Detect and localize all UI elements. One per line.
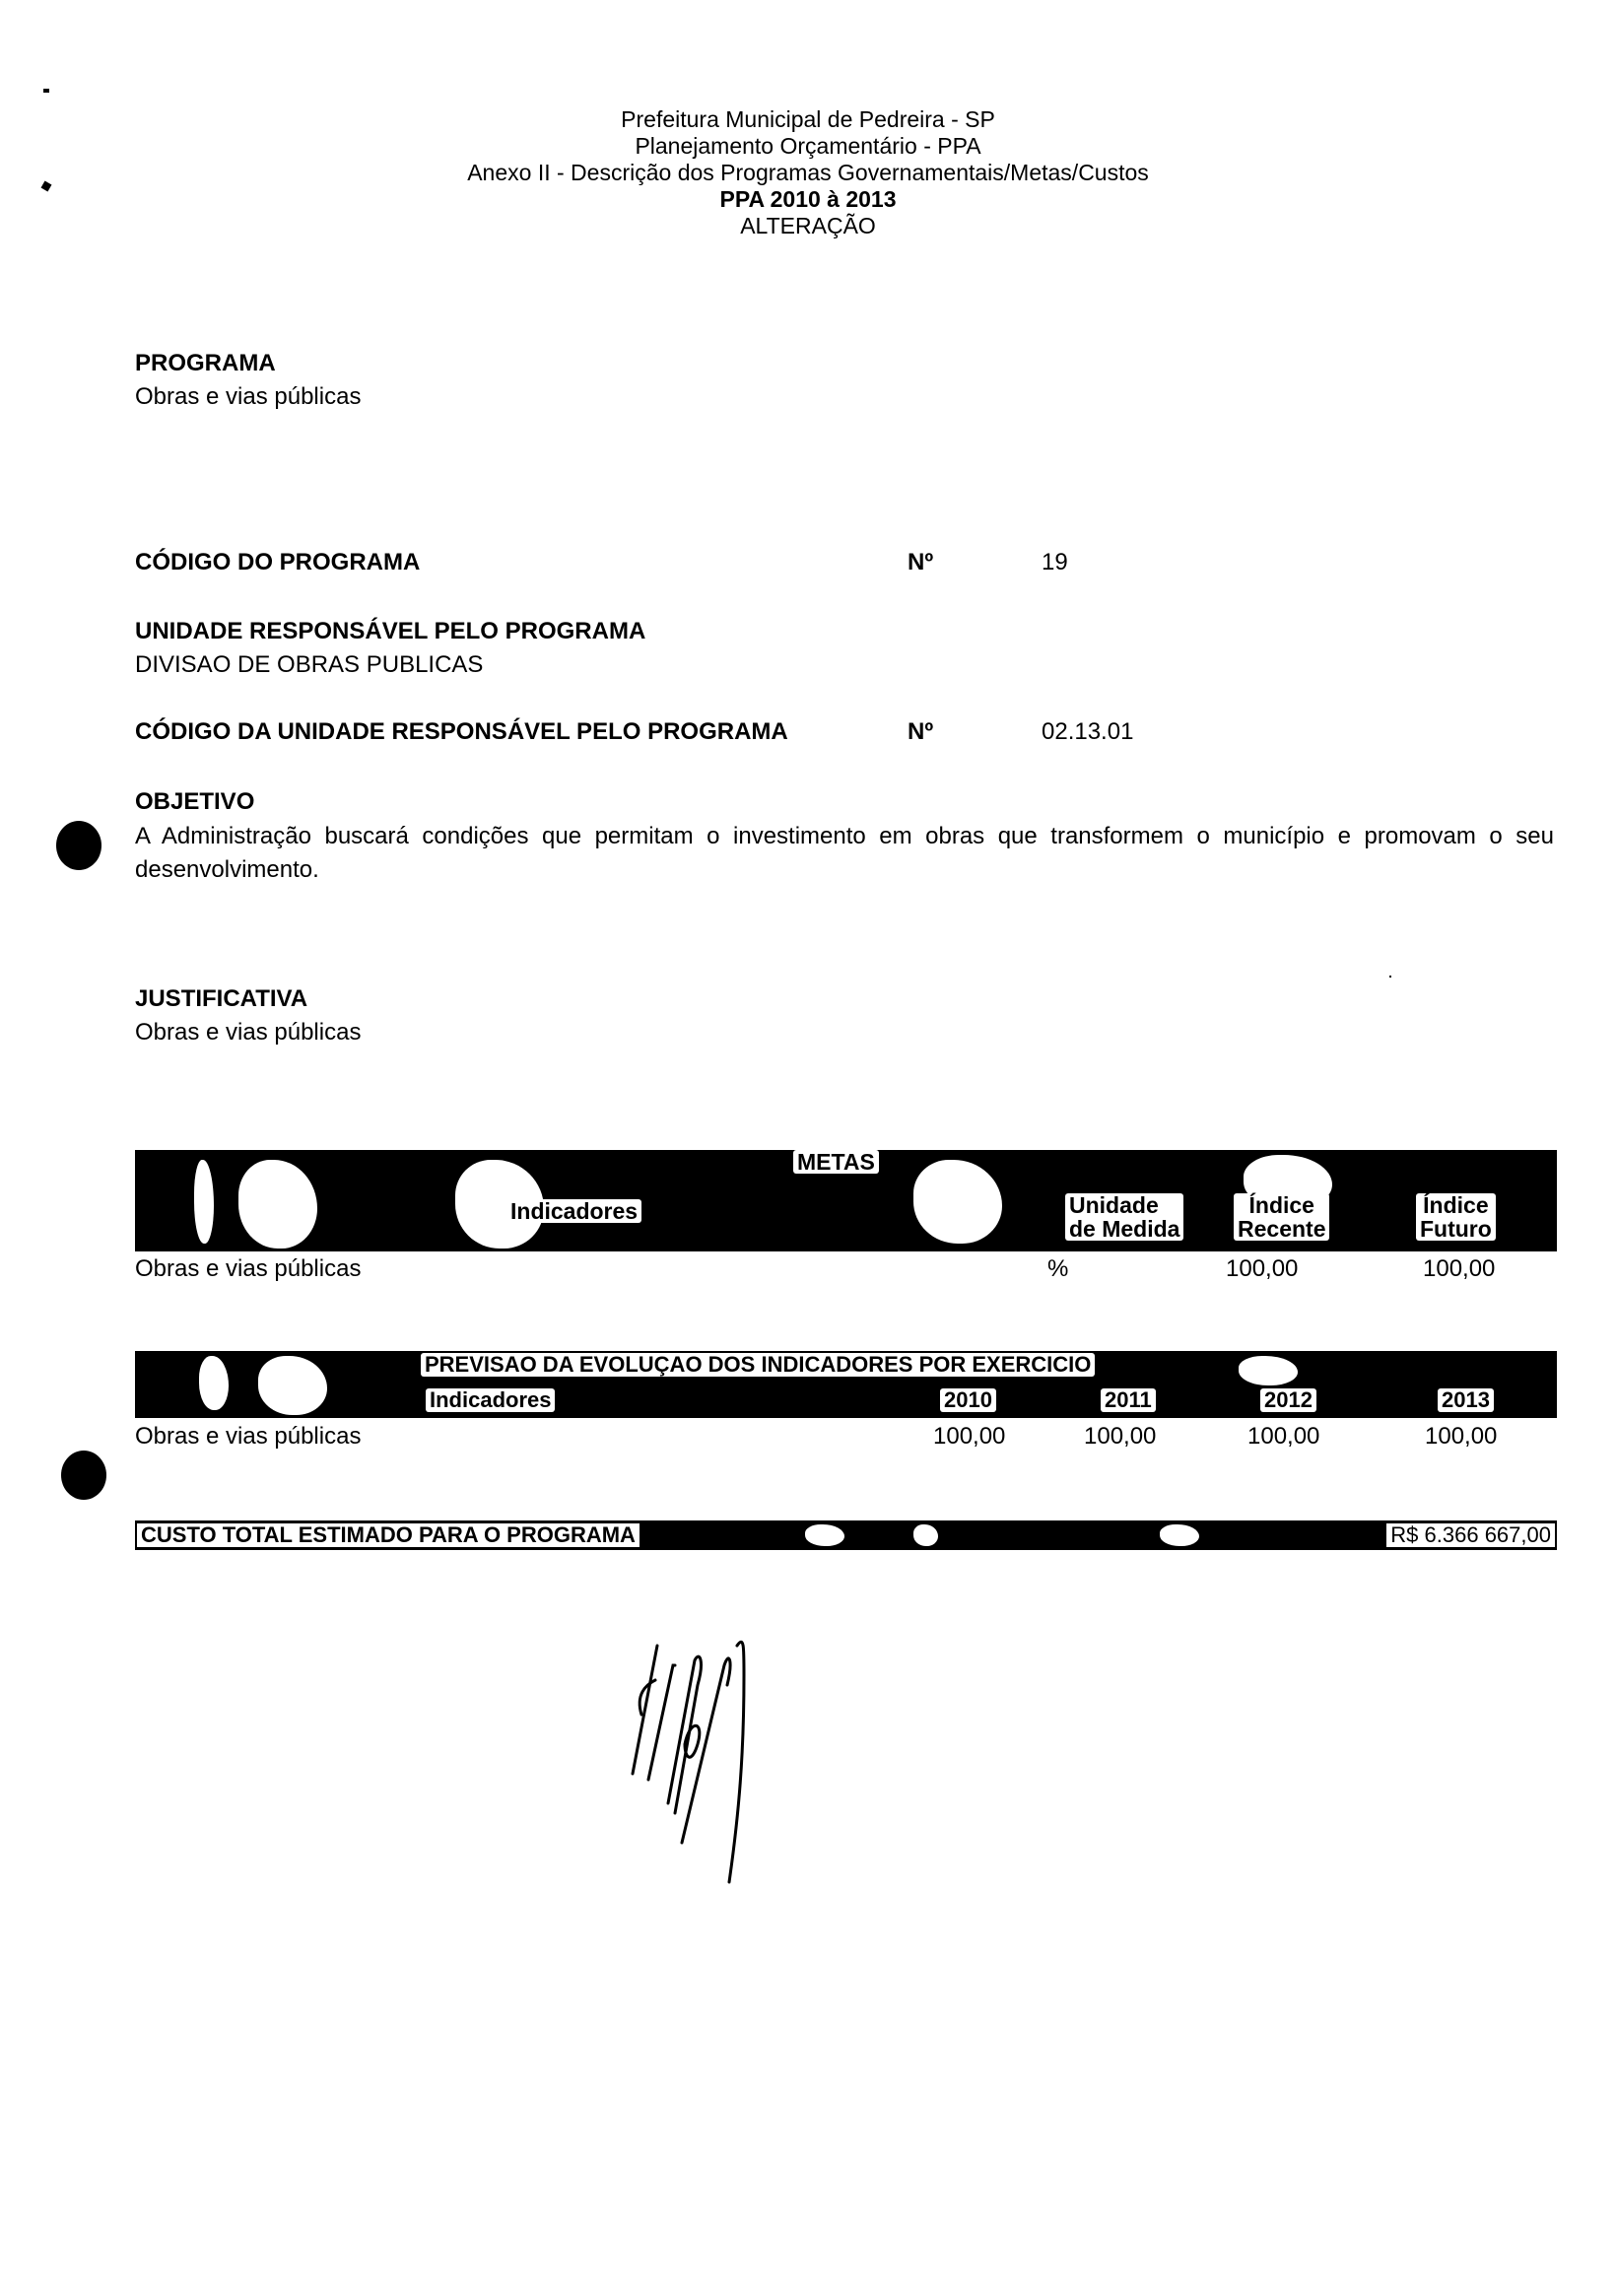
codigo-unidade-label: CÓDIGO DA UNIDADE RESPONSÁVEL PELO PROGR… <box>135 718 788 746</box>
codigo-programa-num-label: Nº <box>908 549 933 576</box>
ppa-period: PPA 2010 à 2013 <box>0 186 1616 213</box>
metas-row-recente: 100,00 <box>1226 1255 1298 1283</box>
metas-col-recente-line1: Índice <box>1238 1193 1325 1217</box>
handwritten-signature <box>631 1616 788 1892</box>
metas-col-futuro: Índice Futuro <box>1416 1193 1496 1241</box>
unidade-value: DIVISAO DE OBRAS PUBLICAS <box>135 651 483 679</box>
document-status: ALTERAÇÃO <box>0 213 1616 239</box>
scan-artifact <box>238 1160 317 1249</box>
metas-col-futuro-line1: Índice <box>1420 1193 1492 1217</box>
codigo-unidade-value: 02.13.01 <box>1042 718 1133 746</box>
previsao-col-2012: 2012 <box>1260 1388 1316 1412</box>
municipality-title: Prefeitura Municipal de Pedreira - SP <box>0 106 1616 133</box>
metas-col-unidade-line2: de Medida <box>1069 1217 1179 1241</box>
codigo-unidade-num-label: Nº <box>908 718 933 746</box>
punch-hole <box>56 821 101 870</box>
programa-value: Obras e vias públicas <box>135 383 361 411</box>
previsao-row-indicador: Obras e vias públicas <box>135 1423 361 1451</box>
previsao-col-2010: 2010 <box>940 1388 996 1412</box>
annex-title: Anexo II - Descrição dos Programas Gover… <box>0 160 1616 186</box>
objetivo-label: OBJETIVO <box>135 788 254 816</box>
scan-artifact <box>1160 1524 1199 1546</box>
metas-col-recente-line2: Recente <box>1238 1217 1325 1241</box>
previsao-header-band: PREVISAO DA EVOLUÇAO DOS INDICADORES POR… <box>135 1351 1557 1418</box>
previsao-row-2013: 100,00 <box>1425 1423 1497 1451</box>
metas-row-futuro: 100,00 <box>1423 1255 1495 1283</box>
metas-row-indicador: Obras e vias públicas <box>135 1255 361 1283</box>
previsao-row-2011: 100,00 <box>1084 1423 1156 1451</box>
codigo-programa-value: 19 <box>1042 549 1068 576</box>
metas-row-unidade: % <box>1047 1255 1068 1283</box>
metas-col-indicadores: Indicadores <box>506 1199 641 1223</box>
unidade-label: UNIDADE RESPONSÁVEL PELO PROGRAMA <box>135 618 645 645</box>
scan-artifact <box>913 1524 938 1546</box>
previsao-row-2012: 100,00 <box>1247 1423 1319 1451</box>
metas-col-futuro-line2: Futuro <box>1420 1217 1492 1241</box>
planning-title: Planejamento Orçamentário - PPA <box>0 133 1616 160</box>
metas-col-unidade: Unidade de Medida <box>1065 1193 1183 1241</box>
punch-hole <box>61 1451 106 1500</box>
scan-artifact <box>194 1160 214 1244</box>
scan-artifact <box>1239 1356 1298 1385</box>
metas-col-recente: Índice Recente <box>1234 1193 1329 1241</box>
scan-artifact <box>805 1524 844 1546</box>
previsao-col-2013: 2013 <box>1438 1388 1494 1412</box>
justificativa-value: Obras e vias públicas <box>135 1019 361 1047</box>
previsao-title: PREVISAO DA EVOLUÇAO DOS INDICADORES POR… <box>421 1353 1095 1377</box>
scan-artifact <box>913 1160 1002 1244</box>
document-header: Prefeitura Municipal de Pedreira - SP Pl… <box>0 106 1616 239</box>
custo-label: CUSTO TOTAL ESTIMADO PARA O PROGRAMA <box>137 1523 640 1547</box>
programa-label: PROGRAMA <box>135 350 276 377</box>
metas-col-unidade-line1: Unidade <box>1069 1193 1179 1217</box>
scan-artifact <box>199 1356 229 1410</box>
custo-band: CUSTO TOTAL ESTIMADO PARA O PROGRAMA R$ … <box>135 1520 1557 1550</box>
objetivo-value: A Administração buscará condições que pe… <box>135 820 1554 887</box>
custo-value: R$ 6.366 667,00 <box>1386 1523 1555 1547</box>
codigo-programa-label: CÓDIGO DO PROGRAMA <box>135 549 420 576</box>
metas-title: METAS <box>793 1150 879 1174</box>
previsao-col-2011: 2011 <box>1101 1388 1156 1412</box>
metas-header-band: Indicadores METAS Unidade de Medida Índi… <box>135 1150 1557 1251</box>
previsao-row-2010: 100,00 <box>933 1423 1005 1451</box>
scan-artifact <box>258 1356 327 1415</box>
previsao-col-indicadores: Indicadores <box>426 1388 555 1412</box>
scan-speck <box>1389 976 1391 978</box>
justificativa-label: JUSTIFICATIVA <box>135 985 307 1013</box>
scan-speck <box>43 89 49 93</box>
